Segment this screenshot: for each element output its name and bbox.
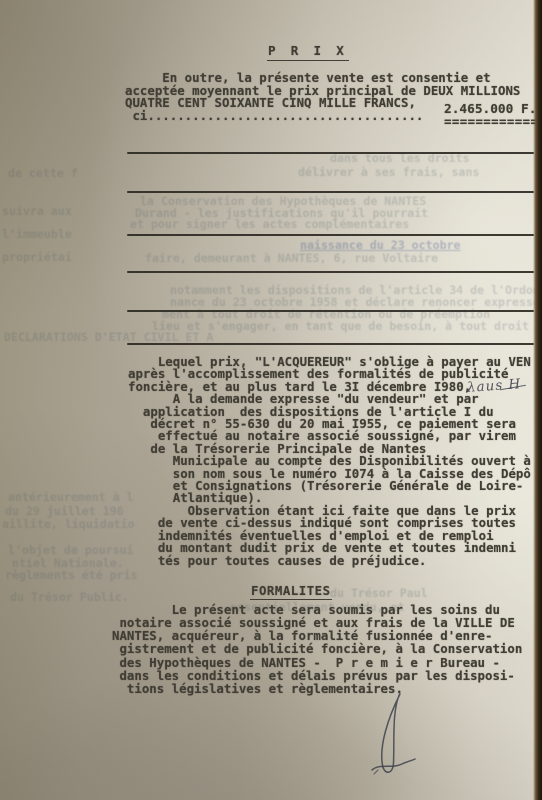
bleedthrough-text: naissance du 23 octobre bbox=[300, 238, 461, 252]
bleedthrough-text: règlements été pris bbox=[5, 568, 138, 582]
price-underline: ============ bbox=[444, 114, 538, 129]
handwritten-paraphe-mark bbox=[366, 690, 422, 782]
bleedthrough-text: du Trésor Paul bbox=[330, 586, 428, 600]
bleedthrough-text: du Trésor Public. bbox=[10, 590, 129, 604]
section-title-formalites: FORMALITES bbox=[250, 583, 332, 600]
blank-rule-line bbox=[127, 310, 534, 312]
bleedthrough-text: l'objet de poursui bbox=[8, 543, 134, 557]
bleedthrough-text: faire, demeurant à NANTES, 6, rue Voltai… bbox=[145, 251, 438, 265]
bleedthrough-text: délivrer à ses frais, sans bbox=[298, 165, 479, 179]
scan-edge-border bbox=[533, 0, 542, 800]
blank-rule-line bbox=[127, 191, 534, 193]
bleedthrough-text: du 29 juillet 196 bbox=[5, 504, 124, 518]
blank-rule-line bbox=[127, 343, 534, 345]
bleedthrough-text: l'immeuble bbox=[2, 227, 72, 241]
formalites-paragraph: Le présent acte sera soumis par les soin… bbox=[112, 603, 522, 695]
document-title-prix: P R I X bbox=[267, 43, 349, 61]
bleedthrough-text: aillite, liquidatio bbox=[2, 517, 135, 531]
blank-rule-line bbox=[127, 234, 534, 236]
bleedthrough-text: suivra aux bbox=[2, 204, 72, 218]
bleedthrough-text: antérieurement à l bbox=[8, 490, 134, 504]
bleedthrough-text: de cette f bbox=[8, 166, 78, 180]
blank-rule-line bbox=[127, 271, 534, 273]
blank-rule-line bbox=[127, 152, 534, 154]
bleedthrough-text: et pour signer les actes complémentaires bbox=[130, 217, 409, 231]
bleedthrough-text: DECLARATIONS D'ETAT CIVIL ET A bbox=[4, 330, 213, 344]
scanned-document-page: dans tous les droitsdélivrer à ses frais… bbox=[0, 0, 542, 800]
bleedthrough-text: propriétai bbox=[2, 250, 72, 264]
